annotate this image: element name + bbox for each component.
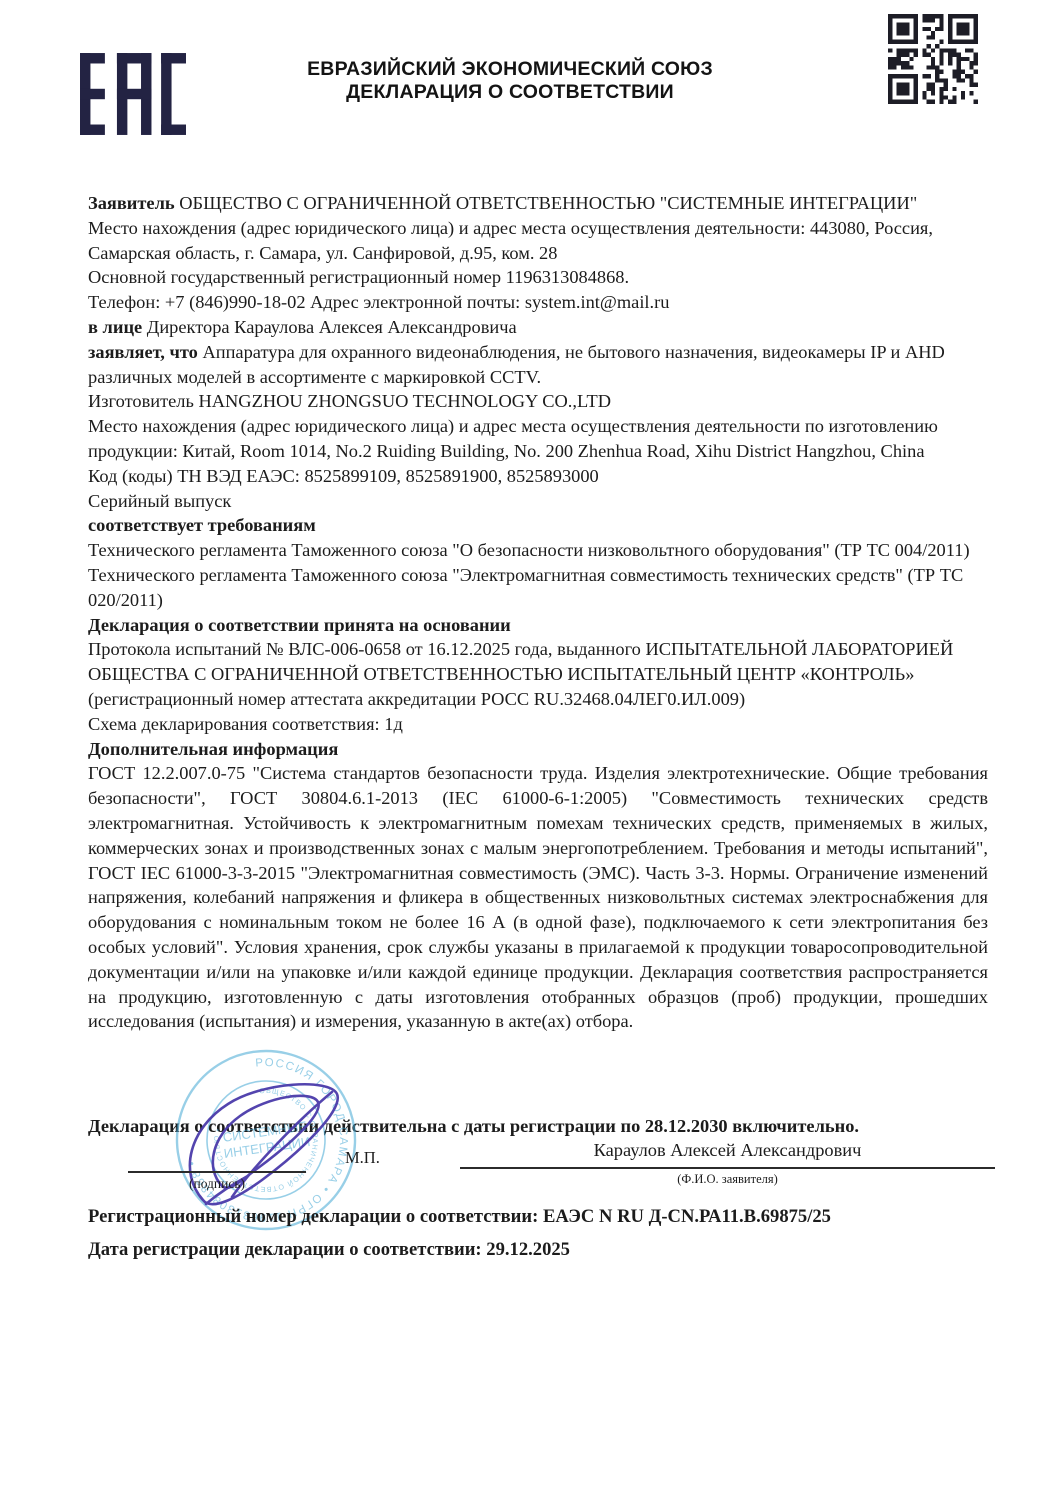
page-title: ЕВРАЗИЙСКИЙ ЭКОНОМИЧЕСКИЙ СОЮЗ ДЕКЛАРАЦИ… [180,58,840,104]
paragraph: Место нахождения (адрес юридического лиц… [88,216,988,266]
registration-date-value: 29.12.2025 [486,1239,570,1260]
paragraph: Код (коды) ТН ВЭД ЕАЭС: 8525899109, 8525… [88,464,988,489]
applicant-name: Караулов Алексей Александрович [460,1140,995,1161]
registration-number-value: ЕАЭС N RU Д-CN.РА11.В.69875/25 [543,1206,831,1227]
paragraph: Заявитель ОБЩЕСТВО С ОГРАНИЧЕННОЙ ОТВЕТС… [88,191,988,216]
registration-number-label: Регистрационный номер декларации о соотв… [88,1206,538,1227]
signature-caption: (подпись) [128,1176,306,1192]
paragraph: Телефон: +7 (846)990-18-02 Адрес электро… [88,290,988,315]
paragraph: Основной государственный регистрационный… [88,265,988,290]
paragraph: заявляет, что Аппаратура для охранного в… [88,340,988,390]
title-line-2: ДЕКЛАРАЦИЯ О СООТВЕТСТВИИ [180,81,840,104]
paragraph: в лице Директора Караулова Алексея Алекс… [88,315,988,340]
registration-number-line: Регистрационный номер декларации о соотв… [88,1206,1008,1228]
paragraph: Место нахождения (адрес юридического лиц… [88,414,988,464]
paragraph: Технического регламента Таможенного союз… [88,538,988,563]
paragraph: Декларация о соответствии принята на осн… [88,613,988,638]
declaration-document: ЕВРАЗИЙСКИЙ ЭКОНОМИЧЕСКИЙ СОЮЗ ДЕКЛАРАЦИ… [0,0,1060,1500]
paragraph: соответствует требованиям [88,513,988,538]
applicant-name-caption: (Ф.И.О. заявителя) [460,1172,995,1187]
declaration-body: Заявитель ОБЩЕСТВО С ОГРАНИЧЕННОЙ ОТВЕТС… [88,191,988,1034]
registration-date-label: Дата регистрации декларации о соответств… [88,1239,482,1260]
paragraph: Протокола испытаний № ВЛС-006-0658 от 16… [88,637,988,711]
paragraph: Изготовитель HANGZHOU ZHONGSUO TECHNOLOG… [88,389,988,414]
registration-date-line: Дата регистрации декларации о соответств… [88,1239,1008,1261]
paragraph: Дополнительная информация [88,737,988,762]
eac-logo-icon [80,52,186,136]
paragraph: Серийный выпуск [88,489,988,514]
signature-line [128,1171,306,1173]
mp-label: М.П. [345,1148,380,1168]
paragraph: Технического регламента Таможенного союз… [88,563,988,613]
paragraph: ГОСТ 12.2.007.0-75 "Система стандартов б… [88,761,988,1034]
qr-code [888,14,978,104]
title-line-1: ЕВРАЗИЙСКИЙ ЭКОНОМИЧЕСКИЙ СОЮЗ [180,58,840,81]
applicant-name-line [460,1167,995,1169]
paragraph: Схема декларирования соответствия: 1д [88,712,988,737]
